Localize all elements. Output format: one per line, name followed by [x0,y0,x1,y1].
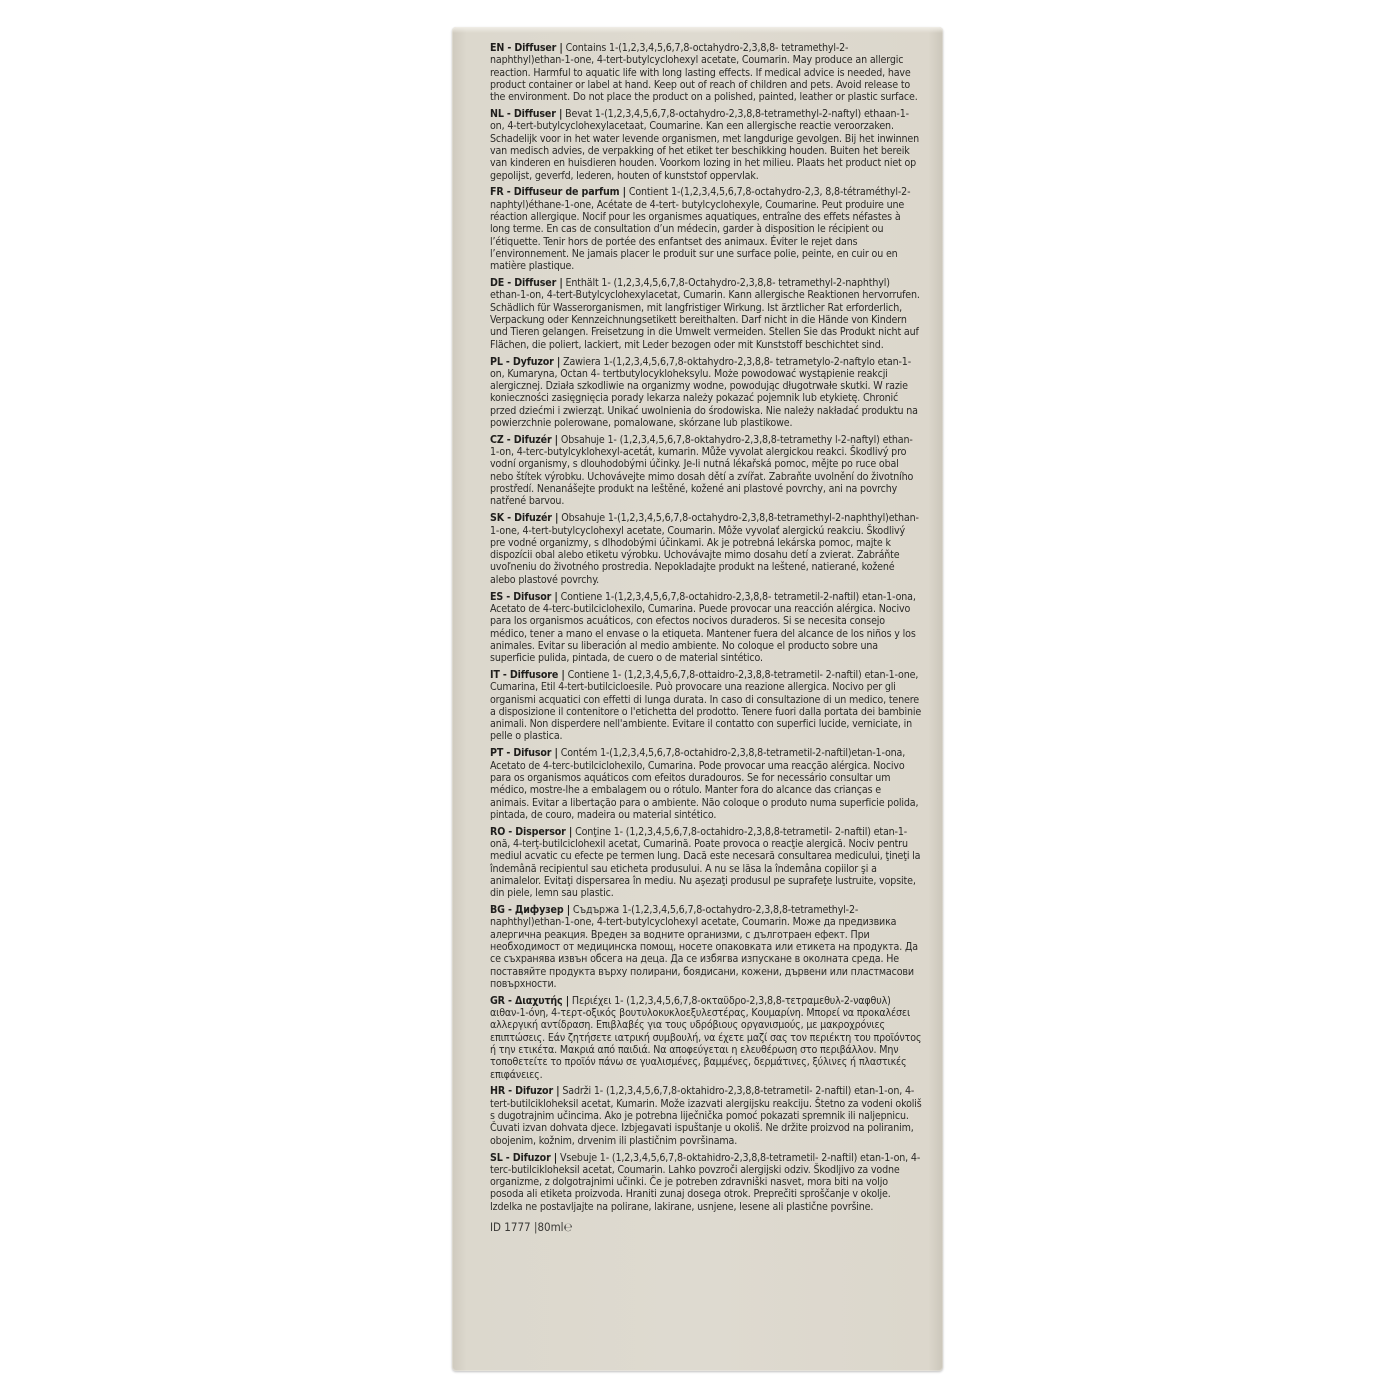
section-heading: GR - Διαχυτής | [490,995,569,1007]
section-heading: FR - Diffuseur de parfum | [490,186,626,198]
section-heading: HR - Difuzor | [490,1085,560,1097]
section-pt: PT - Difusor | Contém 1-(1,2,3,4,5,6,7,8… [490,747,922,821]
section-en: EN - Diffuser | Contains 1-(1,2,3,4,5,6,… [490,42,922,103]
section-de: DE - Diffuser | Enthält 1- (1,2,3,4,5,6,… [490,277,922,351]
section-heading: SL - Difuzor | [490,1152,557,1164]
section-sl: SL - Difuzor | Vsebuje 1- (1,2,3,4,5,6,7… [490,1152,922,1213]
section-heading: DE - Diffuser | [490,277,563,289]
section-heading: BG - Дифузер | [490,904,570,916]
section-gr: GR - Διαχυτής | Περιέχει 1- (1,2,3,4,5,6… [490,995,922,1081]
section-nl: NL - Diffuser | Bevat 1-(1,2,3,4,5,6,7,8… [490,108,922,182]
section-heading: CZ - Difuzér | [490,434,558,446]
product-volume: 80ml [537,1220,563,1234]
section-hr: HR - Difuzor | Sadrži 1- (1,2,3,4,5,6,7,… [490,1085,922,1146]
estimated-sign-icon: ℮ [564,1220,573,1234]
section-bg: BG - Дифузер | Съдържа 1-(1,2,3,4,5,6,7,… [490,904,922,990]
section-heading: PT - Difusor | [490,747,558,759]
section-heading: ES - Difusor | [490,591,558,603]
section-it: IT - Diffusore | Contiene 1- (1,2,3,4,5,… [490,669,922,743]
section-sk: SK - Difuzér | Obsahuje 1-(1,2,3,4,5,6,7… [490,512,922,586]
product-footer: ID 1777 |80ml℮ [490,1221,922,1233]
section-body: Съдържа 1-(1,2,3,4,5,6,7,8-octahydro-2,3… [490,904,918,990]
section-fr: FR - Diffuseur de parfum | Contient 1-(1… [490,186,922,272]
section-cz: CZ - Difuzér | Obsahuje 1- (1,2,3,4,5,6,… [490,434,922,508]
product-id: ID 1777 [490,1220,531,1234]
section-ro: RO - Dispersor | Conţine 1- (1,2,3,4,5,6… [490,826,922,900]
section-es: ES - Difusor | Contiene 1-(1,2,3,4,5,6,7… [490,591,922,665]
section-pl: PL - Dyfuzor | Zawiera 1-(1,2,3,4,5,6,7,… [490,356,922,430]
section-body: Περιέχει 1- (1,2,3,4,5,6,7,8-οκταϋδρο-2,… [490,995,921,1081]
section-body: Contient 1-(1,2,3,4,5,6,7,8-octahydro-2,… [490,186,910,272]
section-heading: EN - Diffuser | [490,42,563,54]
section-heading: SK - Difuzér | [490,512,558,524]
label-text-block: EN - Diffuser | Contains 1-(1,2,3,4,5,6,… [490,42,922,1233]
section-heading: NL - Diffuser | [490,108,562,120]
product-box-panel: EN - Diffuser | Contains 1-(1,2,3,4,5,6,… [452,27,943,1371]
section-heading: RO - Dispersor | [490,826,572,838]
section-heading: PL - Dyfuzor | [490,356,560,368]
section-heading: IT - Diffusore | [490,669,565,681]
